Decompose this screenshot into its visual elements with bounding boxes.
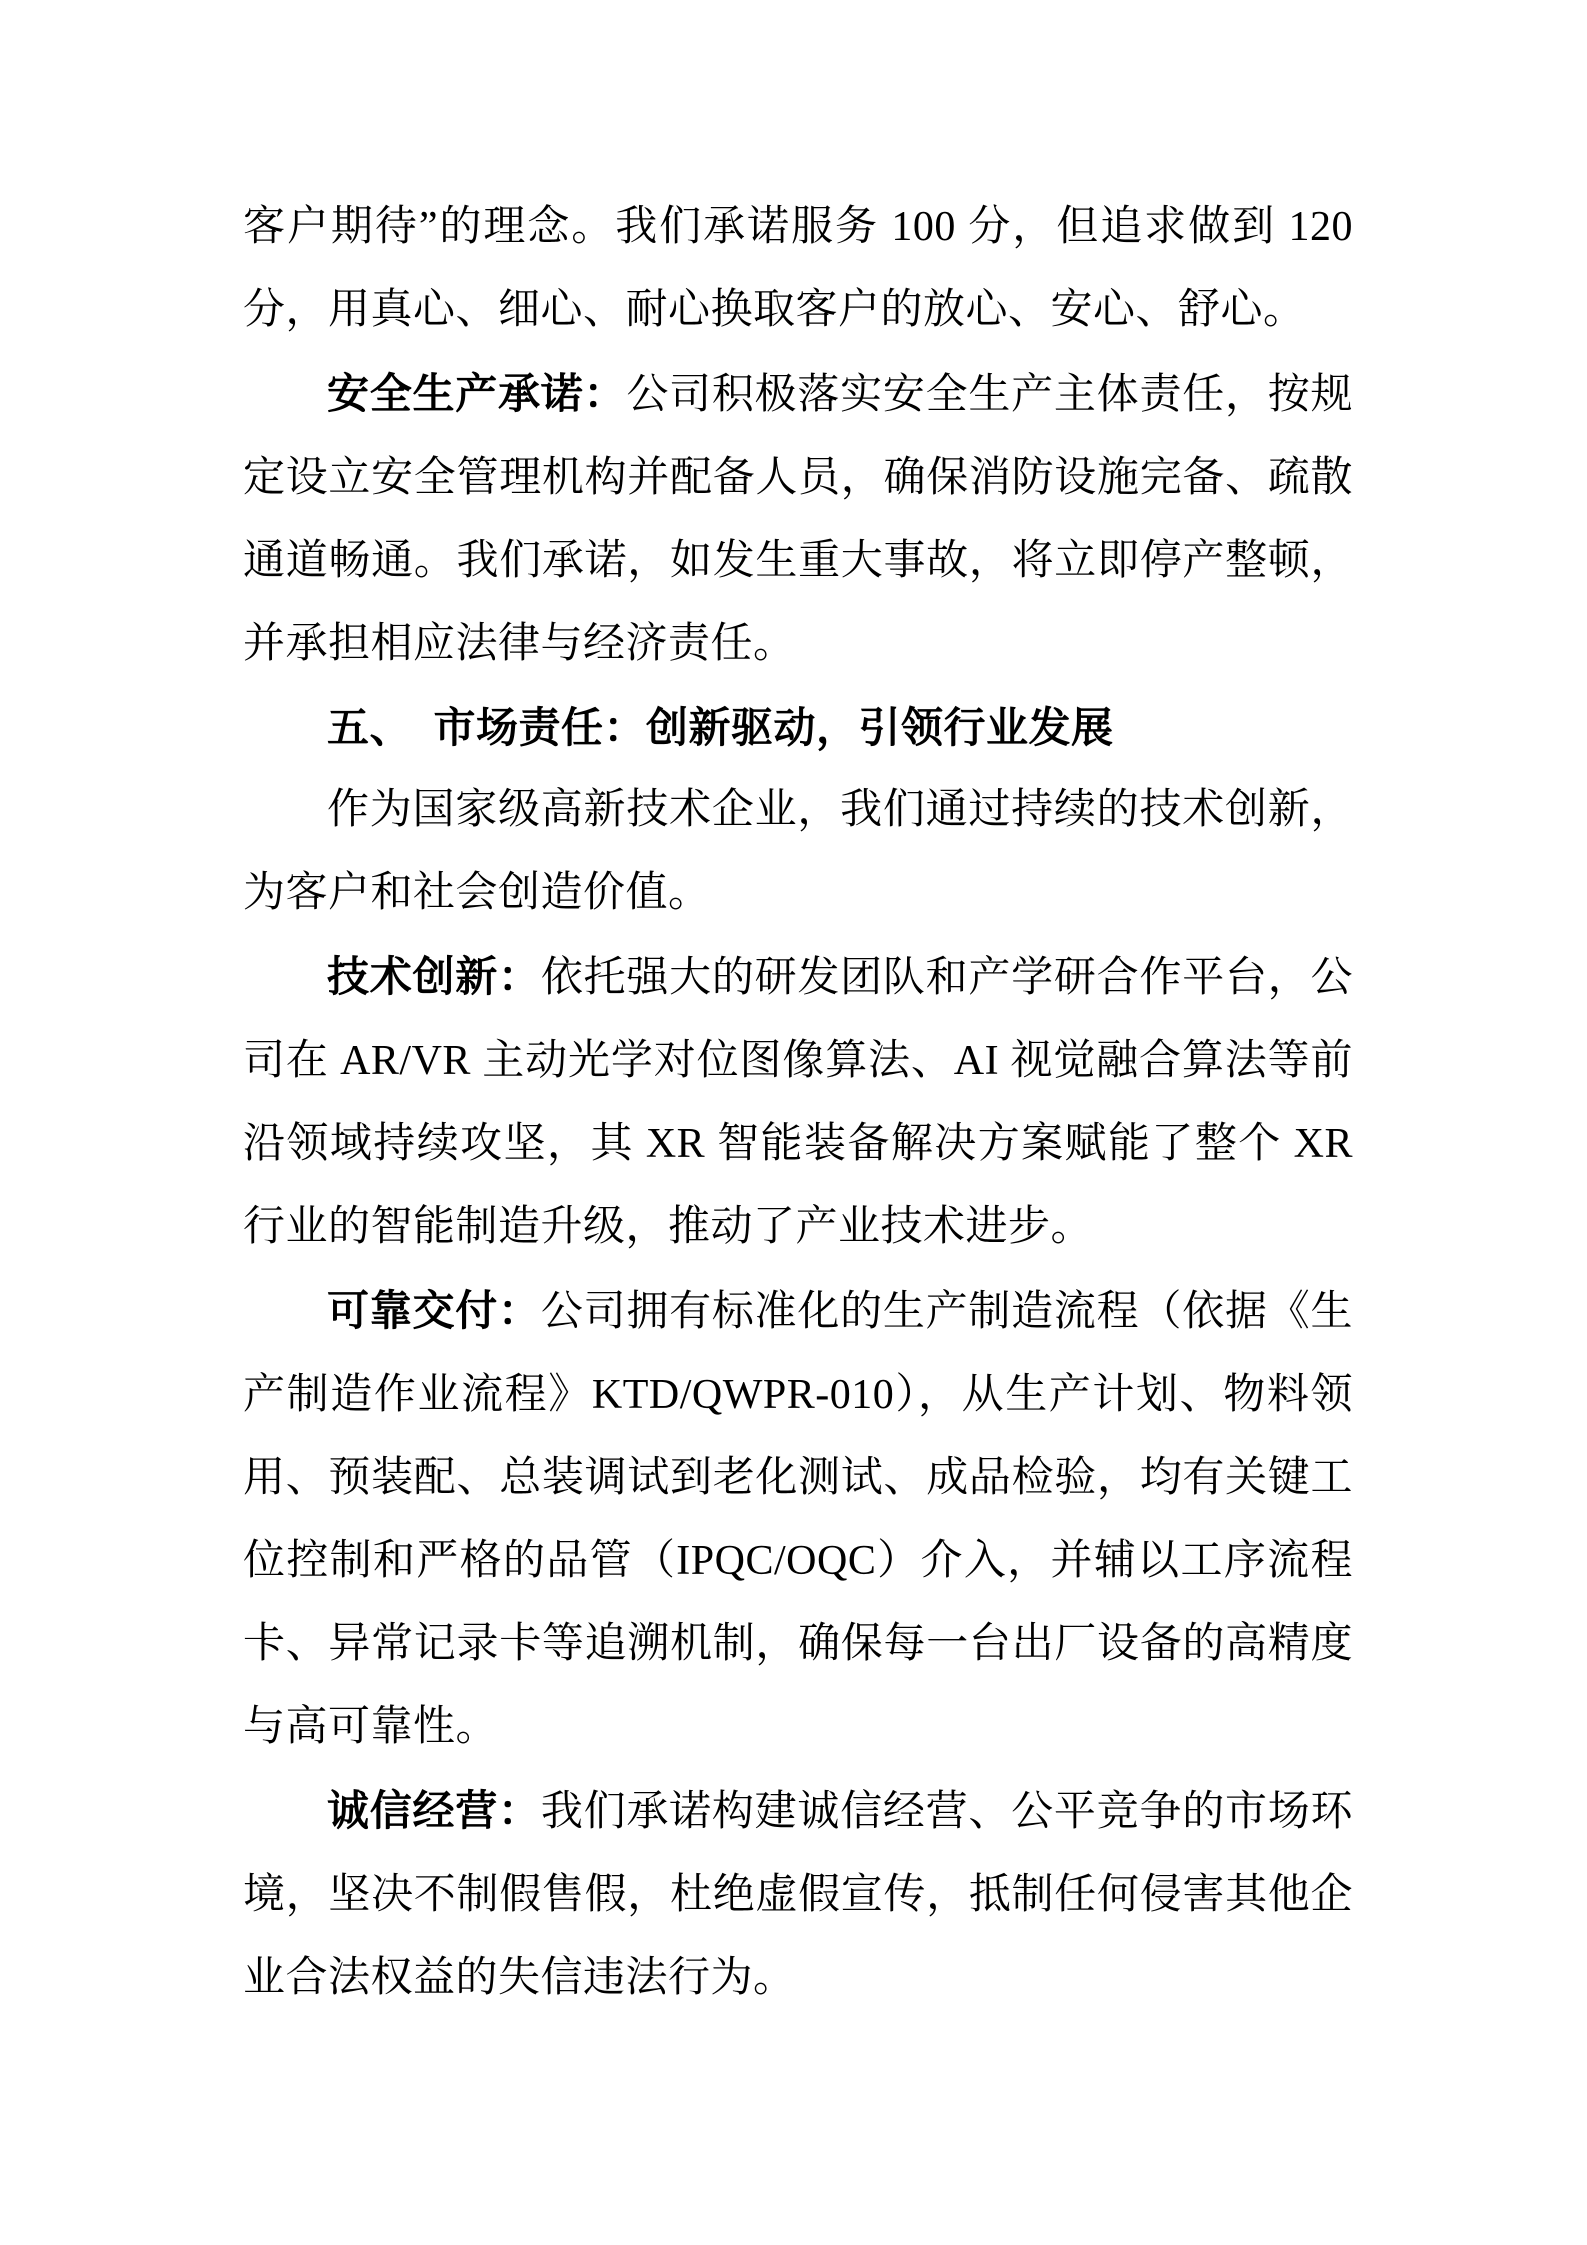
- paragraph-text: 作为国家级高新技术企业，我们通过持续的技术创新，为客户和社会创造价值。: [243, 787, 1353, 916]
- paragraph-continuation: 客户期待”的理念。我们承诺服务 100 分，但追求做到 120 分，用真心、细心…: [243, 186, 1353, 352]
- document-body: 客户期待”的理念。我们承诺服务 100 分，但追求做到 120 分，用真心、细心…: [243, 186, 1353, 2020]
- paragraph-text: 公司拥有标准化的生产制造流程（依据《生产制造作业流程》KTD/QWPR-010）…: [243, 1289, 1353, 1750]
- paragraph-integrity: 诚信经营：我们承诺构建诚信经营、公平竞争的市场环境，坚决不制假售假，杜绝虚假宣传…: [243, 1769, 1353, 2020]
- paragraph-text: 客户期待”的理念。我们承诺服务 100 分，但追求做到 120 分，用真心、细心…: [243, 204, 1353, 333]
- heading-text: 五、 市场责任：创新驱动，引领行业发展: [327, 704, 1114, 751]
- bold-lead-in: 安全生产承诺：: [327, 370, 626, 417]
- bold-lead-in: 技术创新：: [327, 953, 541, 1000]
- paragraph-reliable-delivery: 可靠交付：公司拥有标准化的生产制造流程（依据《生产制造作业流程》KTD/QWPR…: [243, 1269, 1353, 1769]
- bold-lead-in: 可靠交付：: [327, 1287, 541, 1334]
- paragraph-tech-innovation: 技术创新：依托强大的研发团队和产学研合作平台，公司在 AR/VR 主动光学对位图…: [243, 935, 1353, 1269]
- section-heading-market-responsibility: 五、 市场责任：创新驱动，引领行业发展: [243, 686, 1353, 769]
- document-page: 客户期待”的理念。我们承诺服务 100 分，但追求做到 120 分，用真心、细心…: [0, 0, 1587, 2245]
- paragraph-safety-commitment: 安全生产承诺：公司积极落实安全生产主体责任，按规定设立安全管理机构并配备人员，确…: [243, 352, 1353, 686]
- paragraph-section-intro: 作为国家级高新技术企业，我们通过持续的技术创新，为客户和社会创造价值。: [243, 769, 1353, 935]
- bold-lead-in: 诚信经营：: [327, 1787, 541, 1834]
